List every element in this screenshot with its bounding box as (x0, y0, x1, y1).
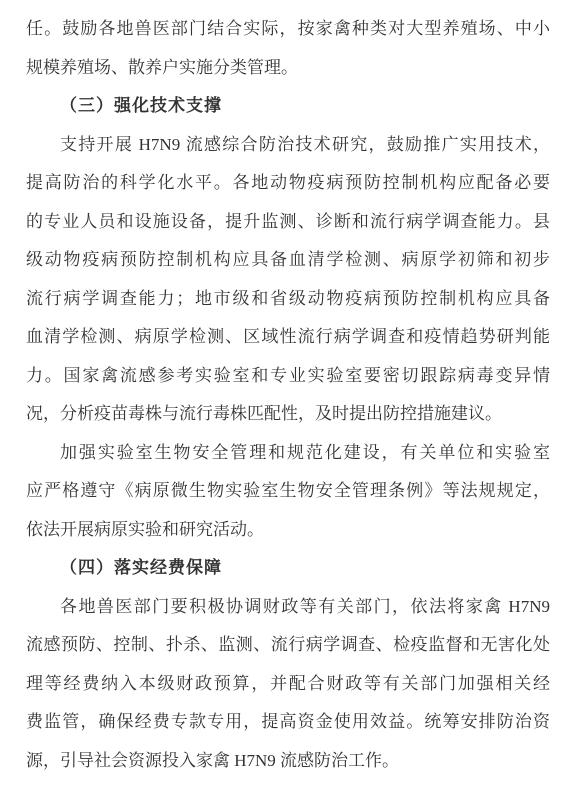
text-line: 的专业人员和设施设备，提升监测、诊断和流行病学调查能力。县 (26, 203, 550, 242)
text-line: 源，引导社会资源投入家禽 H7N9 流感防治工作。 (26, 742, 550, 781)
text-line: 理等经费纳入本级财政预算，并配合财政等有关部门加强相关经 (26, 665, 550, 704)
heading-text: （四）落实经费保障 (26, 549, 550, 588)
text-line: 各地兽医部门要积极协调财政等有关部门，依法将家禽 H7N9 (26, 588, 550, 627)
text-line: 流感预防、控制、扑杀、监测、流行病学调查、检疫监督和无害化处 (26, 626, 550, 665)
text-line: 流行病学调查能力；地市级和省级动物疫病预防控制机构应具备 (26, 280, 550, 319)
text-line: 应严格遵守《病原微生物实验室生物安全管理条例》等法规规定， (26, 472, 550, 511)
text-line: 加强实验室生物安全管理和规范化建设，有关单位和实验室 (26, 434, 550, 473)
paragraph: 各地兽医部门要积极协调财政等有关部门，依法将家禽 H7N9流感预防、控制、扑杀、… (26, 588, 550, 781)
text-line: 支持开展 H7N9 流感综合防治技术研究，鼓励推广实用技术， (26, 126, 550, 165)
text-line: 费监管，确保经费专款专用，提高资金使用效益。统筹安排防治资 (26, 703, 550, 742)
text-line: 力。国家禽流感参考实验室和专业实验室要密切跟踪病毒变异情 (26, 357, 550, 396)
text-line: 血清学检测、病原学检测、区域性流行病学调查和疫情趋势研判能 (26, 318, 550, 357)
heading-text: （三）强化技术支撑 (26, 87, 550, 126)
paragraph: 支持开展 H7N9 流感综合防治技术研究，鼓励推广实用技术，提高防治的科学化水平… (26, 126, 550, 434)
section-heading: （四）落实经费保障 (26, 549, 550, 588)
paragraph: 任。鼓励各地兽医部门结合实际，按家禽种类对大型养殖场、中小规模养殖场、散养户实施… (26, 10, 550, 87)
text-line: 级动物疫病预防控制机构应具备血清学检测、病原学初筛和初步 (26, 241, 550, 280)
document-page: 任。鼓励各地兽医部门结合实际，按家禽种类对大型养殖场、中小规模养殖场、散养户实施… (0, 0, 577, 786)
text-line: 况，分析疫苗毒株与流行毒株匹配性，及时提出防控措施建议。 (26, 395, 550, 434)
paragraph: 加强实验室生物安全管理和规范化建设，有关单位和实验室应严格遵守《病原微生物实验室… (26, 434, 550, 550)
text-line: 依法开展病原实验和研究活动。 (26, 511, 550, 550)
section-heading: （三）强化技术支撑 (26, 87, 550, 126)
text-line: 提高防治的科学化水平。各地动物疫病预防控制机构应配备必要 (26, 164, 550, 203)
text-line: 规模养殖场、散养户实施分类管理。 (26, 49, 550, 88)
text-line: 任。鼓励各地兽医部门结合实际，按家禽种类对大型养殖场、中小 (26, 10, 550, 49)
